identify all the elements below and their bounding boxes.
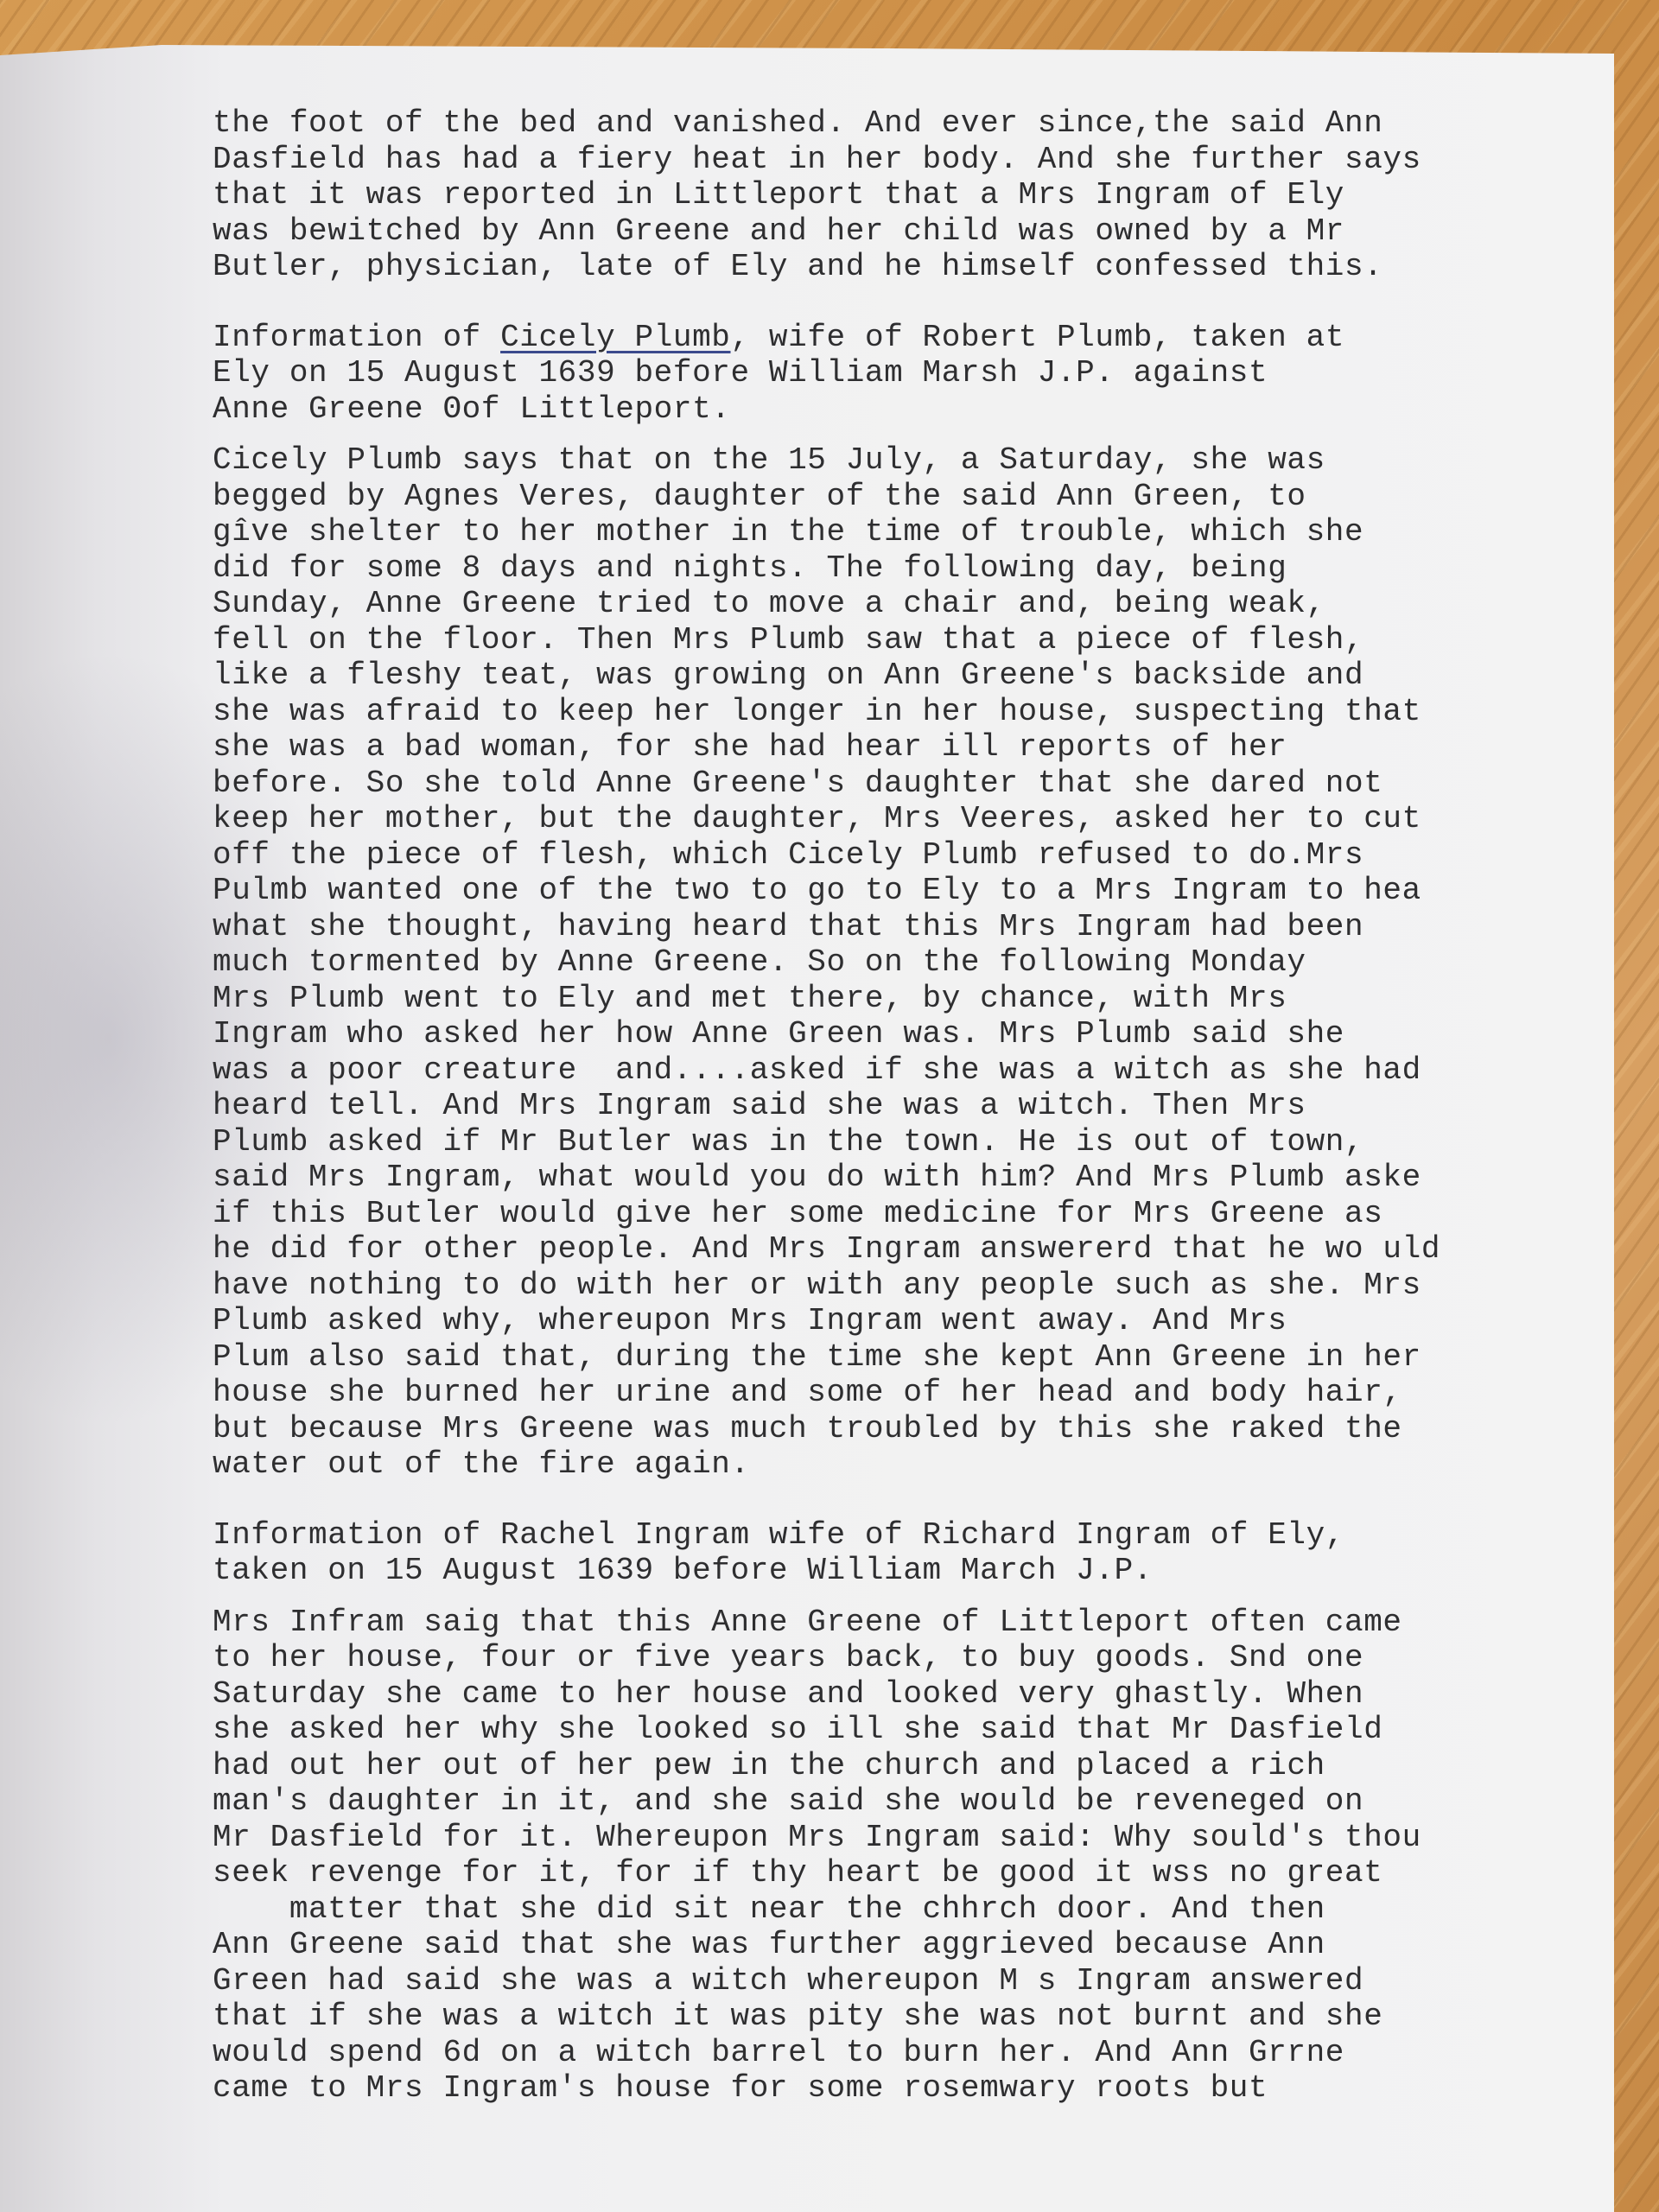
typed-line: would spend 6d on a witch barrel to burn… [213, 2035, 1440, 2071]
typed-line: matter that she did sit near the chhrch … [213, 1891, 1440, 1928]
typed-line: Plumb asked why, whereupon Mrs Ingram we… [213, 1303, 1440, 1339]
typed-line: she asked her why she looked so ill she … [213, 1712, 1440, 1748]
heading-information-rachel-ingram: Information of Rachel Ingram wife of Ric… [213, 1517, 1440, 1589]
typed-line: had out her out of her pew in the church… [213, 1748, 1440, 1784]
typed-line: seek revenge for it, for if thy heart be… [213, 1855, 1440, 1891]
typed-line: Mr Dasfield for it. Whereupon Mrs Ingram… [213, 1820, 1440, 1856]
paragraph-testimony-rachel-ingram: Mrs Infram saig that this Anne Greene of… [213, 1605, 1440, 2107]
paragraph-testimony-cicely-plumb: Cicely Plumb says that on the 15 July, a… [213, 442, 1440, 1483]
heading-information-cicely-plumb: Information of Cicely Plumb, wife of Rob… [213, 320, 1440, 428]
typed-line: Sunday, Anne Greene tried to move a chai… [213, 586, 1440, 622]
paragraph-continuation: the foot of the bed and vanished. And ev… [213, 105, 1440, 285]
typed-line: if this Butler would give her some medic… [213, 1196, 1440, 1232]
typed-line: before. So she told Anne Greene's daught… [213, 766, 1440, 802]
typed-line: water out of the fire again. [213, 1446, 1440, 1483]
typed-line: Plum also said that, during the time she… [213, 1339, 1440, 1376]
typed-line: he did for other people. And Mrs Ingram … [213, 1231, 1440, 1268]
typed-line: she was a bad woman, for she had hear il… [213, 729, 1440, 766]
typed-line: Saturday she came to her house and looke… [213, 1676, 1440, 1713]
typed-line: Butler, physician, late of Ely and he hi… [213, 249, 1440, 285]
typed-line: fell on the floor. Then Mrs Plumb saw th… [213, 622, 1440, 658]
typed-line: man's daughter in it, and she said she w… [213, 1783, 1440, 1820]
typed-line: Information of Cicely Plumb, wife of Rob… [213, 320, 1440, 356]
handwritten-underline: Cicely Plumb [500, 320, 730, 355]
typed-line: taken on 15 August 1639 before William M… [213, 1553, 1440, 1589]
document-body: the foot of the bed and vanished. And ev… [213, 105, 1440, 2107]
typed-line: heard tell. And Mrs Ingram said she was … [213, 1088, 1440, 1124]
typed-line: what she thought, having heard that this… [213, 909, 1440, 945]
typed-line: she was afraid to keep her longer in her… [213, 694, 1440, 730]
typed-line: have nothing to do with her or with any … [213, 1268, 1440, 1304]
typed-line: to her house, four or five years back, t… [213, 1640, 1440, 1676]
typed-line: that it was reported in Littleport that … [213, 177, 1440, 213]
typed-line: Cicely Plumb says that on the 15 July, a… [213, 442, 1440, 479]
typed-line: off the piece of flesh, which Cicely Plu… [213, 837, 1440, 874]
typed-line: Dasfield has had a fiery heat in her bod… [213, 142, 1440, 178]
typed-line: Green had said she was a witch whereupon… [213, 1963, 1440, 1999]
typed-line: that if she was a witch it was pity she … [213, 1999, 1440, 2035]
typed-line: Ann Greene said that she was further agg… [213, 1927, 1440, 1963]
typed-line: Ely on 15 August 1639 before William Mar… [213, 355, 1440, 391]
typed-line: gîve shelter to her mother in the time o… [213, 514, 1440, 550]
typed-line: said Mrs Ingram, what would you do with … [213, 1160, 1440, 1196]
typed-line: house she burned her urine and some of h… [213, 1375, 1440, 1411]
typed-line: came to Mrs Ingram's house for some rose… [213, 2070, 1440, 2107]
typed-line: keep her mother, but the daughter, Mrs V… [213, 801, 1440, 837]
typed-line: Pulmb wanted one of the two to go to Ely… [213, 873, 1440, 909]
typed-line: was a poor creature and....asked if she … [213, 1052, 1440, 1089]
typed-line: Mrs Infram saig that this Anne Greene of… [213, 1605, 1440, 1641]
typed-line: Plumb asked if Mr Butler was in the town… [213, 1124, 1440, 1160]
typed-line: Information of Rachel Ingram wife of Ric… [213, 1517, 1440, 1554]
typed-line: the foot of the bed and vanished. And ev… [213, 105, 1440, 142]
typed-line: was bewitched by Ann Greene and her chil… [213, 213, 1440, 250]
typed-line: did for some 8 days and nights. The foll… [213, 550, 1440, 587]
typed-line: but because Mrs Greene was much troubled… [213, 1411, 1440, 1447]
typed-line: Anne Greene ʘof Littleport. [213, 391, 1440, 428]
typed-line: begged by Agnes Veres, daughter of the s… [213, 479, 1440, 515]
typed-line: Mrs Plumb went to Ely and met there, by … [213, 981, 1440, 1017]
typed-line: Ingram who asked her how Anne Green was.… [213, 1016, 1440, 1052]
typed-document-page: the foot of the bed and vanished. And ev… [0, 45, 1614, 2212]
typed-line: like a fleshy teat, was growing on Ann G… [213, 658, 1440, 694]
typed-line: much tormented by Anne Greene. So on the… [213, 944, 1440, 981]
